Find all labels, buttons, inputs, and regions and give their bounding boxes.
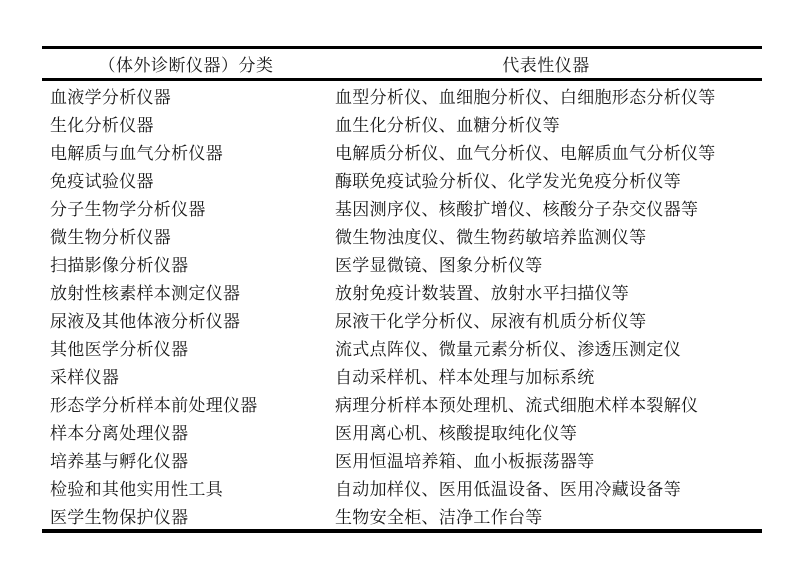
instruments-cell: 微生物浊度仪、微生物药敏培养监测仪等 [330, 221, 762, 249]
category-cell: 电解质与血气分析仪器 [42, 137, 330, 165]
category-cell: 扫描影像分析仪器 [42, 249, 330, 277]
category-cell: 生化分析仪器 [42, 109, 330, 137]
instruments-cell: 血生化分析仪、血糖分析仪等 [330, 109, 762, 137]
instruments-cell: 流式点阵仪、微量元素分析仪、渗透压测定仪 [330, 333, 762, 361]
table-body: 血液学分析仪器 血型分析仪、血细胞分析仪、白细胞形态分析仪等 生化分析仪器 血生… [42, 80, 762, 532]
table-row: 生化分析仪器 血生化分析仪、血糖分析仪等 [42, 109, 762, 137]
instruments-cell: 放射免疫计数装置、放射水平扫描仪等 [330, 277, 762, 305]
category-cell: 放射性核素样本测定仪器 [42, 277, 330, 305]
instruments-cell: 医用离心机、核酸提取纯化仪等 [330, 417, 762, 445]
instruments-cell: 电解质分析仪、血气分析仪、电解质血气分析仪等 [330, 137, 762, 165]
instruments-cell: 医学显微镜、图象分析仪等 [330, 249, 762, 277]
category-cell: 样本分离处理仪器 [42, 417, 330, 445]
table-row: 扫描影像分析仪器 医学显微镜、图象分析仪等 [42, 249, 762, 277]
instruments-cell: 尿液干化学分析仪、尿液有机质分析仪等 [330, 305, 762, 333]
header-instruments: 代表性仪器 [330, 48, 762, 80]
table-row: 免疫试验仪器 酶联免疫试验分析仪、化学发光免疫分析仪等 [42, 165, 762, 193]
category-cell: 形态学分析样本前处理仪器 [42, 389, 330, 417]
instruments-cell: 酶联免疫试验分析仪、化学发光免疫分析仪等 [330, 165, 762, 193]
table-row: 形态学分析样本前处理仪器 病理分析样本预处理机、流式细胞术样本裂解仪 [42, 389, 762, 417]
instruments-cell: 自动采样机、样本处理与加标系统 [330, 361, 762, 389]
category-cell: 培养基与孵化仪器 [42, 445, 330, 473]
ivd-classification-table: （体外诊断仪器）分类 代表性仪器 血液学分析仪器 血型分析仪、血细胞分析仪、白细… [42, 46, 762, 533]
header-category: （体外诊断仪器）分类 [42, 48, 330, 80]
instruments-cell: 血型分析仪、血细胞分析仪、白细胞形态分析仪等 [330, 80, 762, 110]
category-cell: 其他医学分析仪器 [42, 333, 330, 361]
table-row: 培养基与孵化仪器 医用恒温培养箱、血小板振荡器等 [42, 445, 762, 473]
category-cell: 医学生物保护仪器 [42, 501, 330, 531]
category-cell: 尿液及其他体液分析仪器 [42, 305, 330, 333]
category-cell: 检验和其他实用性工具 [42, 473, 330, 501]
table-row: 微生物分析仪器 微生物浊度仪、微生物药敏培养监测仪等 [42, 221, 762, 249]
category-cell: 采样仪器 [42, 361, 330, 389]
category-cell: 免疫试验仪器 [42, 165, 330, 193]
table-row: 尿液及其他体液分析仪器 尿液干化学分析仪、尿液有机质分析仪等 [42, 305, 762, 333]
instruments-cell: 生物安全柜、洁净工作台等 [330, 501, 762, 531]
table-header: （体外诊断仪器）分类 代表性仪器 [42, 48, 762, 80]
table-row: 血液学分析仪器 血型分析仪、血细胞分析仪、白细胞形态分析仪等 [42, 80, 762, 110]
table-row: 样本分离处理仪器 医用离心机、核酸提取纯化仪等 [42, 417, 762, 445]
category-cell: 分子生物学分析仪器 [42, 193, 330, 221]
table-row: 电解质与血气分析仪器 电解质分析仪、血气分析仪、电解质血气分析仪等 [42, 137, 762, 165]
category-cell: 血液学分析仪器 [42, 80, 330, 110]
table-row: 其他医学分析仪器 流式点阵仪、微量元素分析仪、渗透压测定仪 [42, 333, 762, 361]
table-row: 检验和其他实用性工具 自动加样仪、医用低温设备、医用冷藏设备等 [42, 473, 762, 501]
table-row: 分子生物学分析仪器 基因测序仪、核酸扩增仪、核酸分子杂交仪器等 [42, 193, 762, 221]
category-cell: 微生物分析仪器 [42, 221, 330, 249]
table-row: 医学生物保护仪器 生物安全柜、洁净工作台等 [42, 501, 762, 531]
table-row: 采样仪器 自动采样机、样本处理与加标系统 [42, 361, 762, 389]
instruments-cell: 自动加样仪、医用低温设备、医用冷藏设备等 [330, 473, 762, 501]
instruments-cell: 医用恒温培养箱、血小板振荡器等 [330, 445, 762, 473]
table-row: 放射性核素样本测定仪器 放射免疫计数装置、放射水平扫描仪等 [42, 277, 762, 305]
instruments-cell: 病理分析样本预处理机、流式细胞术样本裂解仪 [330, 389, 762, 417]
header-row: （体外诊断仪器）分类 代表性仪器 [42, 48, 762, 80]
instruments-cell: 基因测序仪、核酸扩增仪、核酸分子杂交仪器等 [330, 193, 762, 221]
